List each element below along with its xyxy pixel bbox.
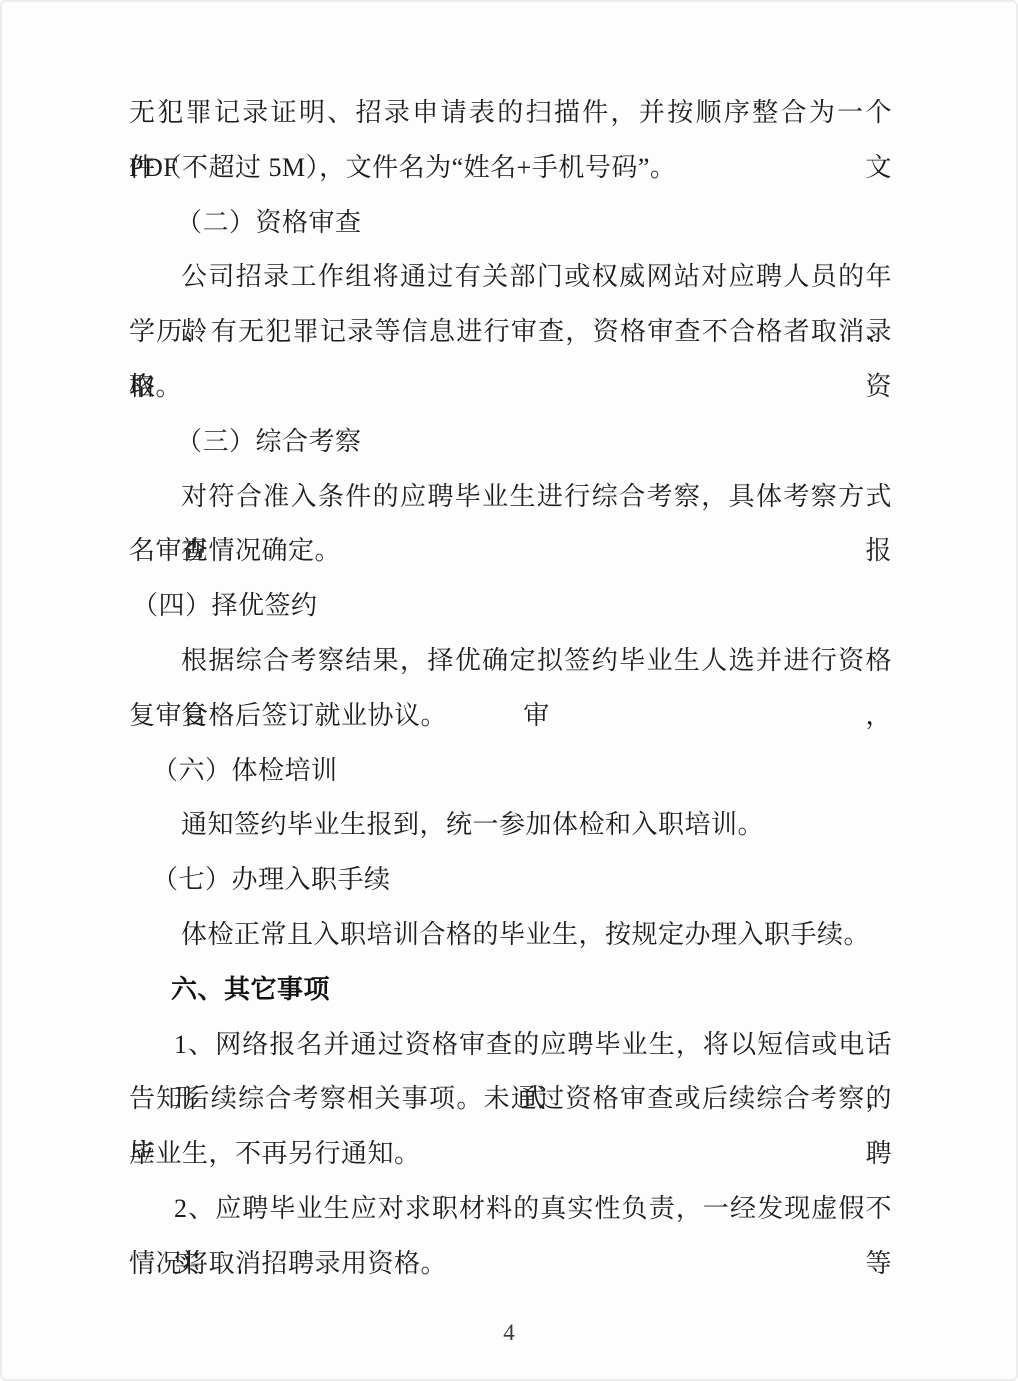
subsection-heading: （六）体检培训 xyxy=(129,744,892,799)
subsection-heading: （七）办理入职手续 xyxy=(129,853,892,908)
text-line: 无犯罪记录证明、招录申请表的扫描件，并按顺序整合为一个 PDF 文 xyxy=(129,86,892,141)
text-line: 对符合准入条件的应聘毕业生进行综合考察，具体考察方式视报 xyxy=(129,470,892,525)
text-line: 通知签约毕业生报到，统一参加体检和入职培训。 xyxy=(129,798,892,853)
text-line: 体检正常且入职培训合格的毕业生，按规定办理入职手续。 xyxy=(129,908,892,963)
text-line: 公司招录工作组将通过有关部门或权威网站对应聘人员的年龄、 xyxy=(129,250,892,305)
text-line: 根据综合考察结果，择优确定拟签约毕业生人选并进行资格复审， xyxy=(129,634,892,689)
document-body: 无犯罪记录证明、招录申请表的扫描件，并按顺序整合为一个 PDF 文 件（不超过 … xyxy=(129,86,892,1292)
document-page: 无犯罪记录证明、招录申请表的扫描件，并按顺序整合为一个 PDF 文 件（不超过 … xyxy=(0,0,1018,1381)
text-line: 2、应聘毕业生应对求职材料的真实性负责，一经发现虚假不实等 xyxy=(129,1182,892,1237)
subsection-heading: （四）择优签约 xyxy=(129,579,892,634)
page-number: 4 xyxy=(2,1318,1016,1348)
subsection-heading: （二）资格审查 xyxy=(129,196,892,251)
text-line: 学历、有无犯罪记录等信息进行审查，资格审查不合格者取消录取资 xyxy=(129,305,892,360)
section-heading: 六、其它事项 xyxy=(129,963,892,1018)
subsection-heading: （三）综合考察 xyxy=(129,415,892,470)
text-line: 1、网络报名并通过资格审查的应聘毕业生，将以短信或电话形式， xyxy=(129,1018,892,1073)
text-line: 告知后续综合考察相关事项。未通过资格审查或后续综合考察的应聘 xyxy=(129,1072,892,1127)
